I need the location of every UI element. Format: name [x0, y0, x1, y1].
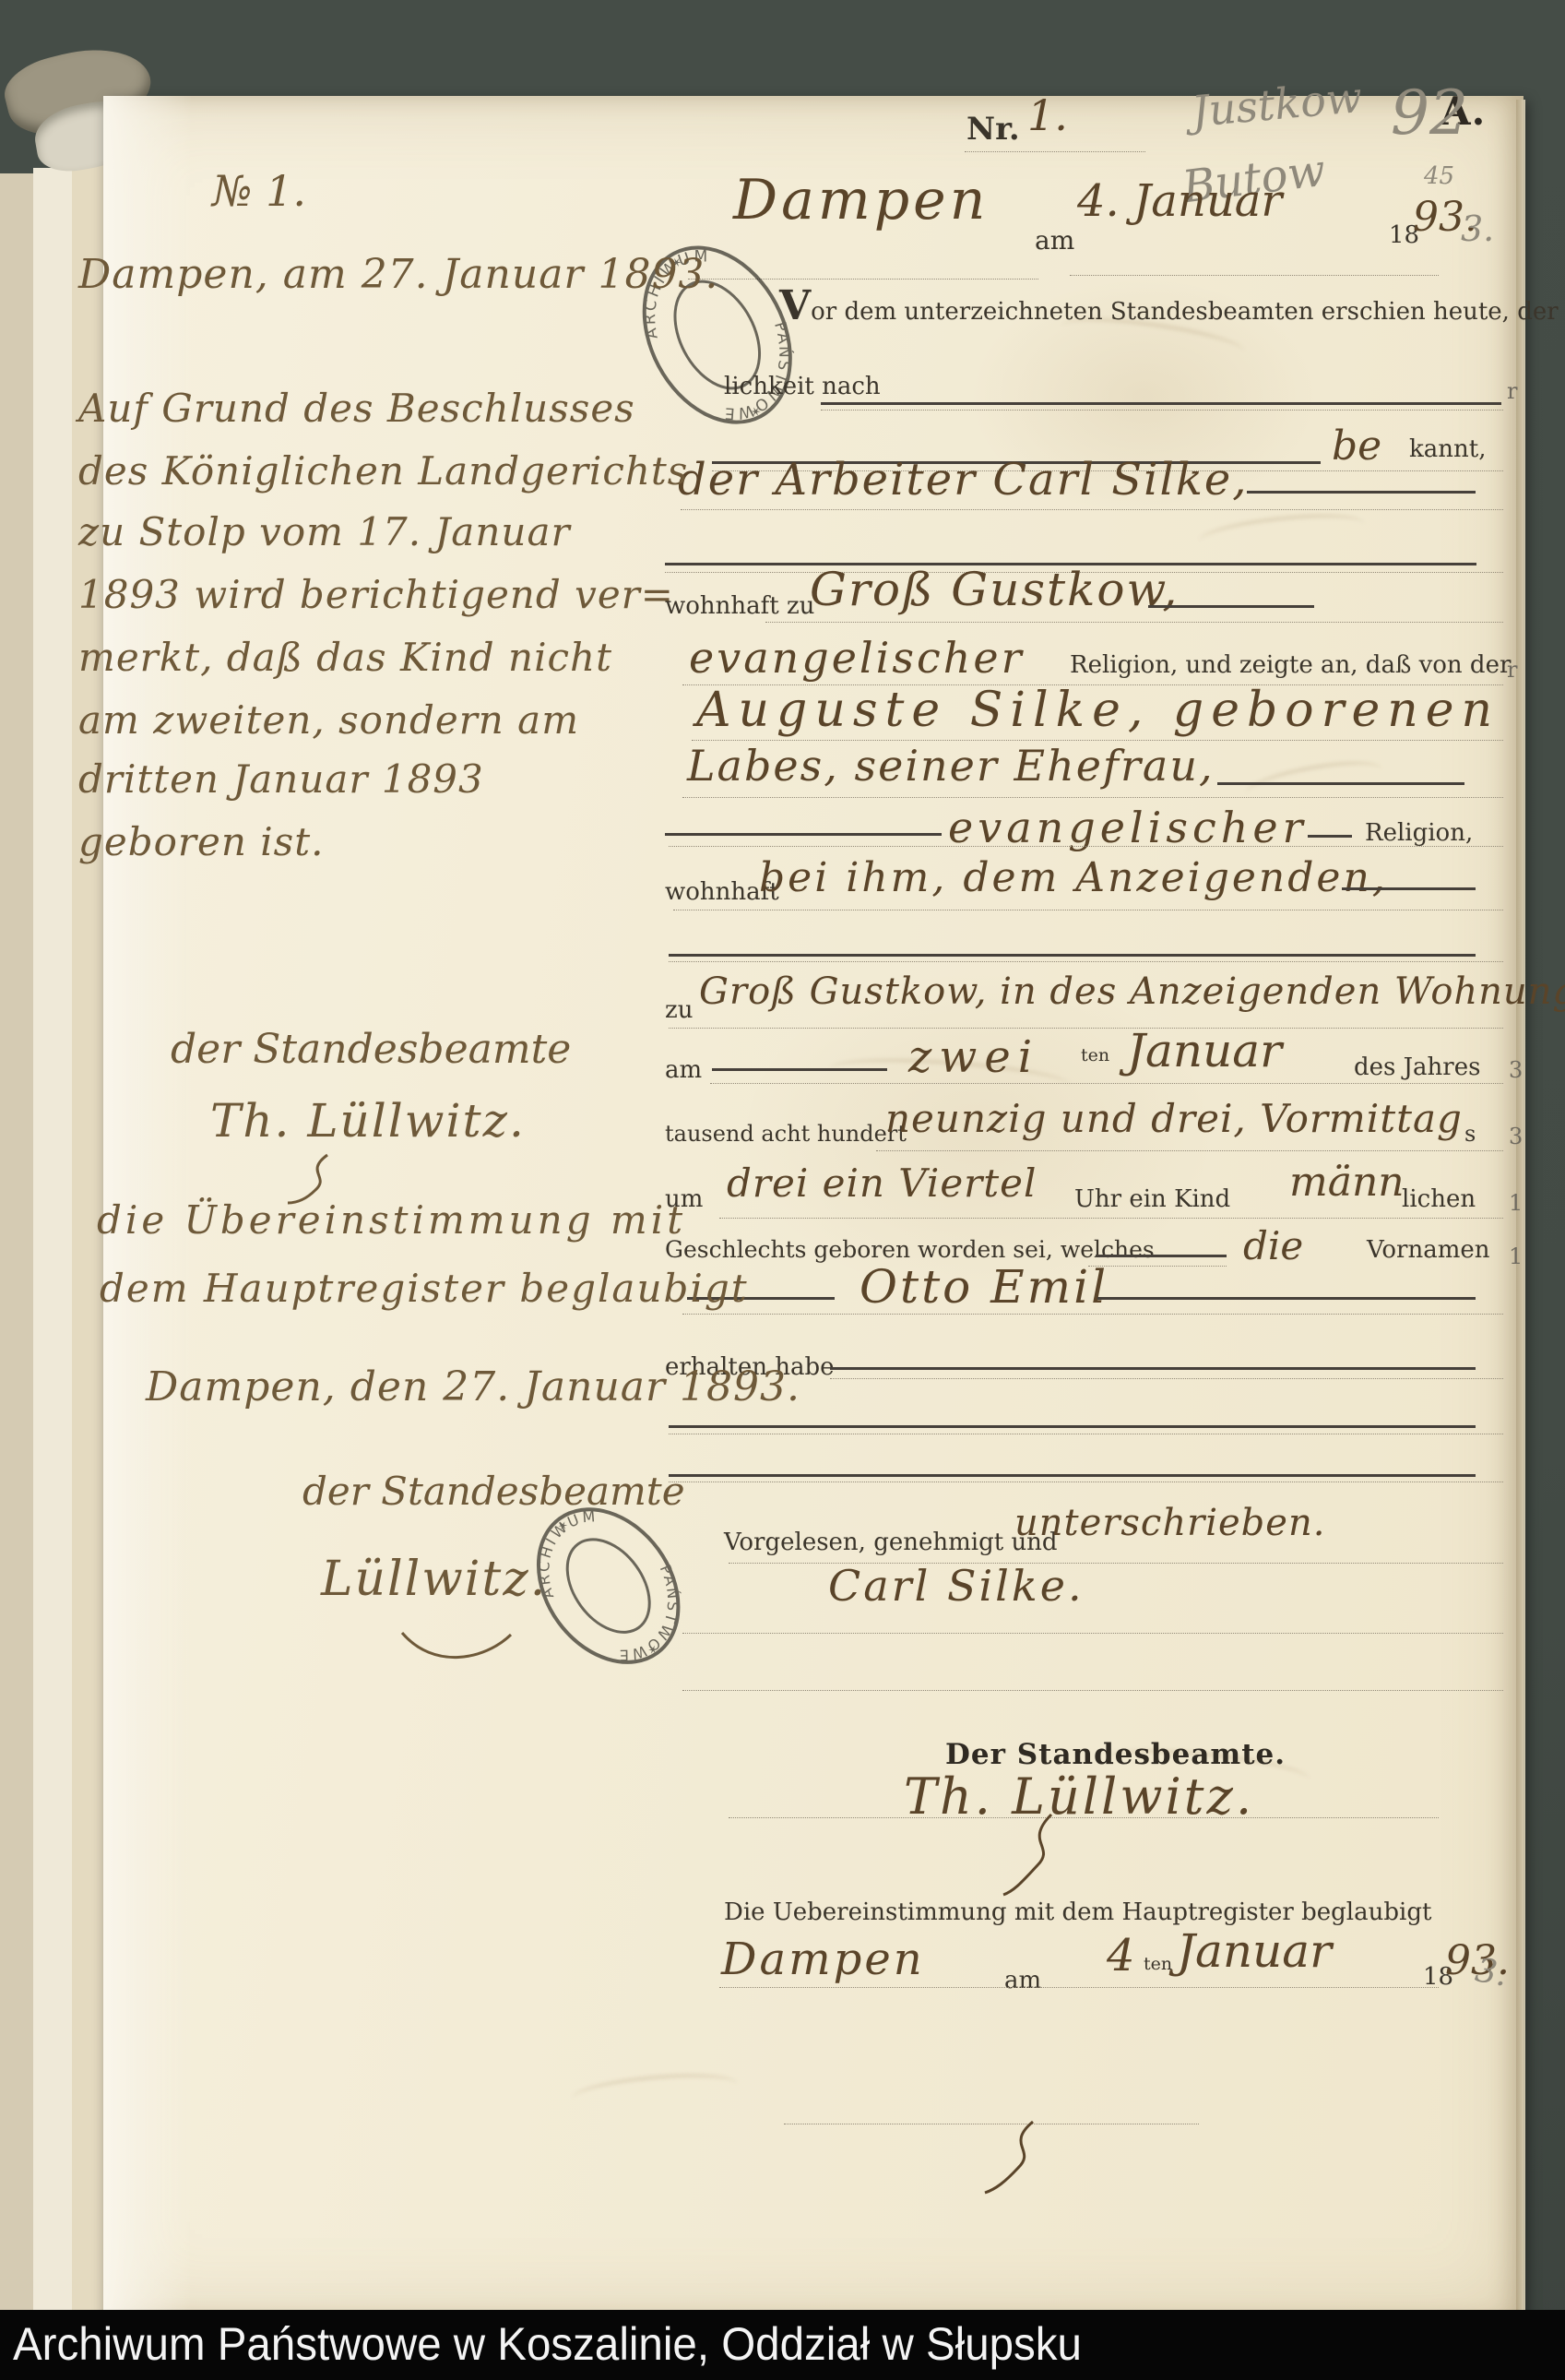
- entry-religion-1: evangelischer: [689, 633, 1025, 683]
- margin-dateline: Dampen, am 27. Januar 1893.: [78, 251, 718, 298]
- ruled-line: [729, 1817, 1439, 1818]
- ruled-line: [669, 1434, 1503, 1434]
- certify-place: Dampen: [721, 1934, 925, 1985]
- margin-note-line: des Königlichen Landgerichts: [78, 448, 688, 494]
- entry-child-names: Otto Emil: [860, 1260, 1109, 1314]
- certify-month: Januar: [1177, 1924, 1332, 1978]
- blank-filler-stroke: [669, 954, 1476, 957]
- book-page-stack-edge: [0, 173, 35, 2323]
- margin-number: № 1.: [212, 166, 306, 216]
- ruled-line: [673, 910, 1503, 910]
- ruled-line: [821, 410, 1503, 411]
- blank-filler-stroke: [1148, 605, 1314, 608]
- ruled-line: [682, 1633, 1503, 1634]
- entry-residence2: bei ihm, dem Anzeigenden,: [759, 854, 1388, 901]
- signature-flourish: [970, 2117, 1053, 2196]
- margin-signature: Th. Lüllwitz.: [210, 1094, 526, 1148]
- form-year-printed: tausend acht hundert: [665, 1121, 907, 1147]
- header-place: Dampen: [733, 168, 989, 232]
- ruled-line: [1088, 1266, 1227, 1267]
- book-page-stack-edge: [33, 168, 74, 2323]
- form-names-printed-1: Geschlechts geboren worden sei, welches: [665, 1236, 1155, 1263]
- blank-filler-stroke: [669, 1425, 1476, 1428]
- edge-fragment: r: [1507, 378, 1517, 404]
- ruled-line: [682, 1690, 1503, 1691]
- pencil-year-suffix: 3.: [1461, 208, 1494, 249]
- margin-note-line: zu Stolp vom 17. Januar: [78, 509, 571, 554]
- blank-filler-stroke: [1247, 491, 1476, 494]
- entry-gender: männ: [1289, 1159, 1405, 1206]
- declarant-signature: Carl Silke.: [828, 1561, 1085, 1611]
- ruled-line: [1070, 275, 1439, 276]
- signature-flourish: [397, 1622, 516, 1677]
- certify-day: 4: [1107, 1930, 1135, 1981]
- margin-note-line: merkt, daß das Kind nicht: [78, 635, 612, 680]
- edge-fragment: 1: [1509, 1244, 1523, 1269]
- archive-caption: Archiwum Państwowe w Koszalinie, Oddział…: [13, 2317, 1082, 2371]
- blank-filler-stroke: [830, 1367, 1476, 1370]
- form-year-plural-s: s: [1464, 1121, 1476, 1147]
- form-intro-line1: Vor dem unterzeichneten Standesbeamten e…: [779, 282, 1565, 329]
- form-known-printed: kannt,: [1409, 435, 1486, 463]
- form-time-printed: Uhr ein Kind: [1074, 1185, 1230, 1213]
- form-birthday-label: am: [665, 1056, 702, 1084]
- pencil-year-suffix-2: 3.: [1473, 1951, 1511, 1993]
- ruled-line: [830, 1378, 1503, 1379]
- entry-birthplace: Groß Gustkow, in des Anzeigenden Wohnung…: [699, 970, 1565, 1013]
- drop-cap: V: [779, 282, 811, 329]
- ruled-line: [682, 797, 1503, 798]
- form-certify-ten-label: ten: [1144, 1954, 1172, 1974]
- entry-closing: unterschrieben.: [1014, 1502, 1325, 1544]
- form-certify-am-label: am: [1004, 1967, 1041, 1994]
- ruled-line: [682, 1314, 1503, 1315]
- ruled-line: [669, 1482, 1503, 1482]
- form-residence-label: wohnhaft zu: [665, 592, 814, 620]
- entry-known-written: be: [1332, 422, 1381, 470]
- ruled-line: [681, 509, 1503, 510]
- blank-filler-stroke: [712, 1068, 887, 1071]
- header-date: 4. Januar: [1077, 175, 1282, 227]
- entry-mother-line1: Auguste Silke, geborenen: [696, 683, 1500, 738]
- margin-official-title: der Standesbeamte: [171, 1026, 571, 1073]
- margin-note-line: geboren ist.: [78, 819, 324, 864]
- pencil-number-annotation: 92: [1391, 77, 1468, 149]
- entry-religion-2: evangelischer: [948, 803, 1308, 852]
- margin-certify-line1: die Übereinstimmung mit: [97, 1197, 686, 1243]
- header-am-label: am: [1035, 225, 1074, 256]
- entry-die: die: [1243, 1223, 1303, 1268]
- form-names-printed-2: Vornamen: [1367, 1236, 1490, 1264]
- ruled-line: [710, 1083, 1503, 1084]
- entry-mother-line2: Labes, seiner Ehefrau,: [687, 741, 1215, 791]
- blank-filler-stroke: [1097, 1297, 1476, 1300]
- record-number-value: 1.: [1027, 90, 1068, 140]
- ruled-line: [719, 1218, 1503, 1219]
- entry-declarant: der Arbeiter Carl Silke,: [678, 454, 1249, 506]
- margin-certify-line2: dem Hauptregister beglaubigt: [100, 1266, 749, 1311]
- blank-filler-stroke: [669, 1474, 1476, 1477]
- form-religion-2-printed: Religion,: [1365, 819, 1473, 847]
- form-certify-printed: Die Uebereinstimmung mit dem Hauptregist…: [724, 1898, 1431, 1926]
- form-intro-line2-label: lichkeit nach: [724, 373, 881, 400]
- form-gender-printed: lichen: [1402, 1185, 1476, 1213]
- archive-caption-bar: Archiwum Państwowe w Koszalinie, Oddział…: [0, 2310, 1565, 2380]
- ruled-line: [765, 622, 1503, 623]
- edge-fragment: 1: [1509, 1190, 1523, 1216]
- form-birthplace-label: zu: [665, 996, 693, 1024]
- edge-fragment: 3: [1509, 1124, 1523, 1149]
- blank-filler-stroke: [1342, 887, 1476, 890]
- ruled-line: [669, 846, 1503, 847]
- margin-note-line: dritten Januar 1893: [78, 756, 484, 802]
- margin-certify-dateline: Dampen, den 27. Januar 1893.: [146, 1363, 800, 1410]
- form-birthday-suffix: ten: [1081, 1045, 1109, 1065]
- form-closing-printed: Vorgelesen, genehmigt und: [724, 1529, 1058, 1556]
- record-number-label: Nr.: [966, 111, 1020, 148]
- ruled-line: [719, 1987, 1439, 1988]
- entry-year: neunzig und drei, Vormittag: [885, 1096, 1463, 1141]
- pencil-small-number-annotation: 45: [1424, 162, 1454, 190]
- ruled-line: [669, 1028, 1503, 1029]
- margin-official-title-2: der Standesbeamte: [302, 1469, 685, 1514]
- margin-note-line: am zweiten, sondern am: [78, 697, 579, 743]
- ruled-line: [669, 961, 1503, 962]
- form-intro-line1-text: or dem unterzeichneten Standesbeamten er…: [811, 298, 1565, 326]
- entry-birthday: zwei: [908, 1031, 1039, 1083]
- entry-birthmonth: Januar: [1127, 1024, 1282, 1077]
- registrar-title: Der Standesbeamte.: [945, 1738, 1286, 1771]
- blank-filler-stroke: [1217, 782, 1464, 785]
- margin-note-line: 1893 wird berichtigend ver=: [78, 572, 674, 617]
- form-religion-1-printed: Religion, und zeigte an, daß von der: [1070, 651, 1511, 679]
- scanned-registry-page: A. Justkow 92 45 Butow Nr. 1. Dampen am …: [0, 0, 1565, 2380]
- entry-residence: Groß Gustkow,: [810, 563, 1179, 616]
- blank-filler-stroke: [1096, 1255, 1227, 1257]
- entry-time: drei ein Viertel: [727, 1160, 1037, 1206]
- signature-flourish: [987, 1810, 1070, 1898]
- blank-filler-stroke: [821, 402, 1501, 405]
- ruled-line: [965, 151, 1145, 152]
- edge-fragment: r: [1507, 657, 1517, 683]
- margin-signature-2: Lüllwitz.: [321, 1552, 547, 1607]
- edge-fragment: 3: [1509, 1057, 1523, 1083]
- ruled-line: [876, 1150, 1503, 1151]
- form-year-label: des Jahres: [1354, 1053, 1480, 1081]
- blank-filler-stroke: [1308, 835, 1352, 838]
- blank-filler-stroke: [665, 833, 942, 836]
- margin-note-line: Auf Grund des Beschlusses: [78, 386, 635, 431]
